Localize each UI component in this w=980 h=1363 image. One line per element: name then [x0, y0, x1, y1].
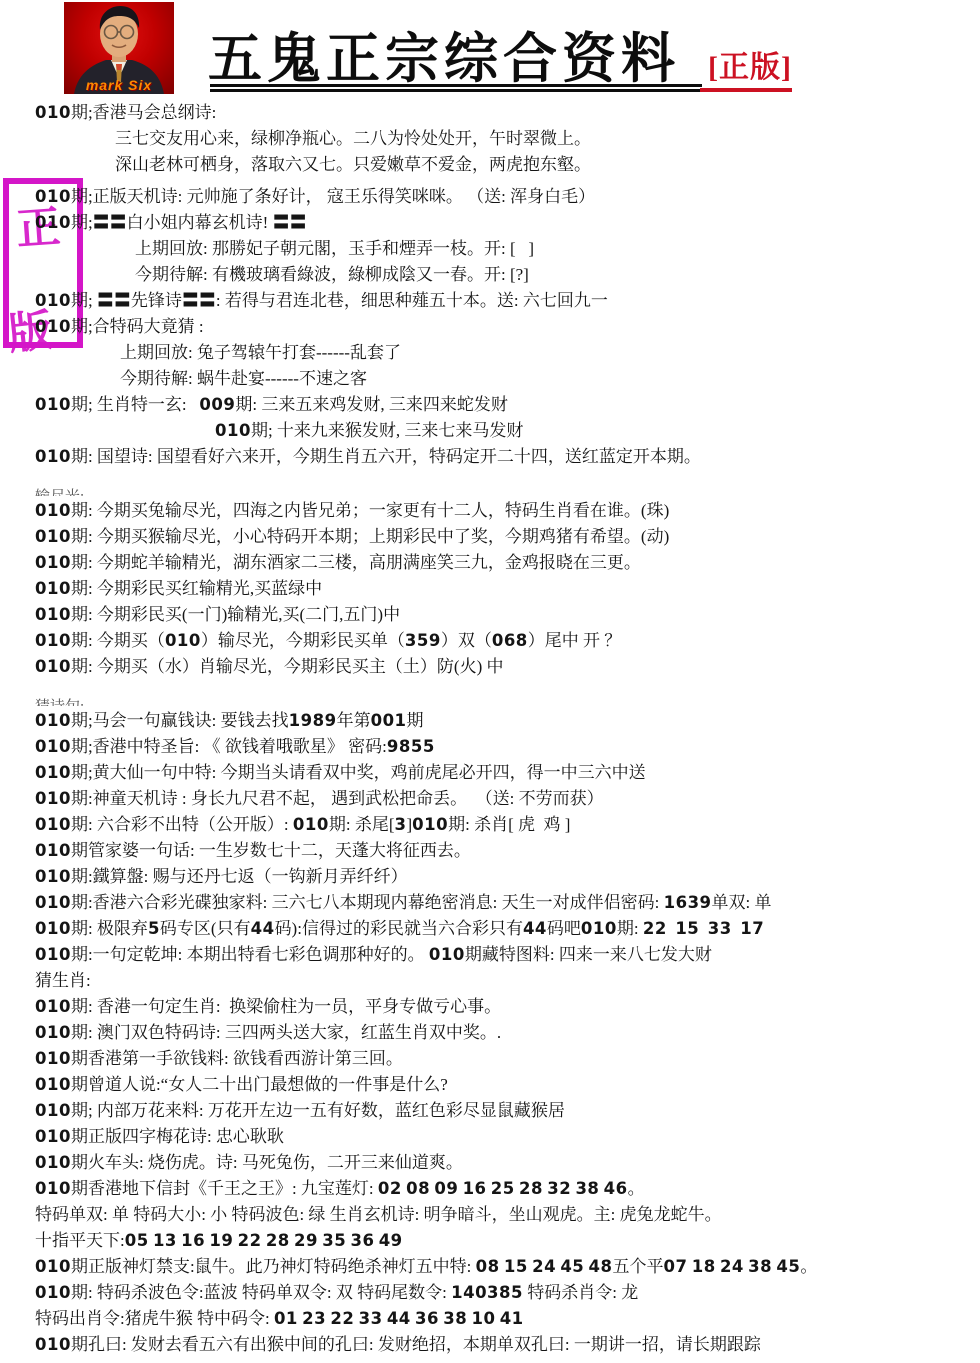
content-line: 010期孔曰: 发财去看五六有出猴中间的孔曰: 发财绝招，本期单双孔曰: 一期讲…: [0, 1332, 980, 1358]
content-line: 010期: 六合彩不出特（公开版）: 010期: 杀尾[3]010期: 杀肖[ …: [0, 812, 980, 838]
number-text: 08: [406, 1179, 430, 1198]
content-line: 010期香港地下信封《千王之王》: 九宝莲灯: 02 08 09 16 25 2…: [0, 1176, 980, 1202]
content-line: 三七交友用心来，绿柳净瓶心。二八为怜处处开，午时翠微上。: [0, 126, 980, 152]
number-text: 22: [238, 1231, 262, 1250]
number-text: 10: [471, 1309, 495, 1328]
number-text: 010: [35, 553, 71, 572]
number-text: 1639: [664, 893, 712, 912]
content-line: 010期曾道人说:“女人二十出门最想做的一件事是什么?: [0, 1072, 980, 1098]
number-text: 010: [35, 291, 71, 310]
number-text: 22: [330, 1309, 354, 1328]
content-line: 010期; 内部万花来料: 万花开左边一五有好数，蓝红色彩尽显鼠藏猴居: [0, 1098, 980, 1124]
photo-caption: mark Six: [64, 77, 174, 93]
content-line: 010期火车头: 烧伤虎。诗: 马死兔伤，二开三来仙道爽。: [0, 1150, 980, 1176]
number-text: 010: [35, 213, 71, 232]
content-line: 010期: 国望诗: 国望看好六来开，今期生肖五六开，特码定开二十四，送红蓝定开…: [0, 444, 980, 470]
number-text: 17: [740, 919, 764, 938]
number-text: 44: [387, 1309, 411, 1328]
content-line: 010期;马会一句赢钱诀: 要钱去找1989年第001期: [0, 708, 980, 734]
content-line: 010期管家婆一句话: 一生岁数七十二，天蓬大将征西去。: [0, 838, 980, 864]
content-line: 输尽光:: [0, 484, 980, 496]
number-text: 359: [405, 631, 441, 650]
content-line: 十指平天下:05 13 16 19 22 28 29 35 36 49: [0, 1228, 980, 1254]
content-line: 010期: 极限弃5码专区(只有44码):信得过的彩民就当六合彩只有44码吧01…: [0, 916, 980, 942]
number-text: 29: [294, 1231, 318, 1250]
content-line: 010期: 今期买猴输尽光，小心特码开本期；上期彩民中了奖，今期鸡猪有希望。(动…: [0, 524, 980, 550]
number-text: 35: [322, 1231, 346, 1250]
number-text: 010: [35, 657, 71, 676]
content-line: 010期; 十来九来猴发财, 三来七来马发财: [0, 418, 980, 444]
number-text: 32: [547, 1179, 571, 1198]
content-line: 猜生肖:: [0, 968, 980, 994]
content-line: 特码单双: 单 特码大小: 小 特码波色: 绿 生肖玄机诗: 明争暗斗，坐山观虎…: [0, 1202, 980, 1228]
number-text: 010: [35, 317, 71, 336]
number-text: 010: [35, 605, 71, 624]
number-text: 9855: [387, 737, 435, 756]
number-text: 5: [148, 919, 160, 938]
number-text: 010: [35, 1101, 71, 1120]
content-line: 010期: 香港一句定生肖: 换梁偷柱为一员，平身专做亏心事。: [0, 994, 980, 1020]
content-line: 010期;香港中特圣旨: 《 欲钱着哦歌星》 密码:9855: [0, 734, 980, 760]
number-text: 010: [35, 867, 71, 886]
number-text: 3: [395, 815, 407, 834]
number-text: 16: [181, 1231, 205, 1250]
number-text: 010: [35, 997, 71, 1016]
number-text: 010: [35, 1075, 71, 1094]
number-text: 009: [199, 395, 235, 414]
content-line: 010期: 今期买（010）输尽光，今期彩民买单（359）双（068）尾中 开 …: [0, 628, 980, 654]
number-text: 010: [35, 893, 71, 912]
content-line: 010期正版神灯禁支:鼠牛。此乃神灯特码绝杀神灯五中特: 08 15 24 45…: [0, 1254, 980, 1280]
number-text: 28: [266, 1231, 290, 1250]
number-text: 09: [434, 1179, 458, 1198]
authentic-badge: [正版]: [708, 42, 792, 86]
number-text: 45: [560, 1257, 584, 1276]
number-text: 010: [35, 841, 71, 860]
number-text: 010: [35, 711, 71, 730]
content-line: 010期: 今期蛇羊输精光，湖东酒家二三楼，高朋满座笑三九，金鸡报晓在三更。: [0, 550, 980, 576]
number-text: 38: [575, 1179, 599, 1198]
number-text: 19: [209, 1231, 233, 1250]
number-text: 001: [371, 711, 407, 730]
number-text: 010: [35, 1127, 71, 1146]
number-text: 18: [692, 1257, 716, 1276]
content-line: 上期回放: 兔子驾辕午打套------乱套了: [0, 340, 980, 366]
number-text: 010: [35, 527, 71, 546]
content-line: 010期;〓〓白小姐内幕玄机诗! 〓〓: [0, 210, 980, 236]
number-text: 068: [492, 631, 528, 650]
number-text: 16: [463, 1179, 487, 1198]
number-text: 010: [581, 919, 617, 938]
content-line: 特码出肖令:猪虎牛猴 特中码令: 01 23 22 33 44 36 38 10…: [0, 1306, 980, 1332]
number-text: 010: [35, 1335, 71, 1354]
content-line: 010期; 〓〓先锋诗〓〓: 若得与君连北巷，细思种薤五十本。送: 六七回九一: [0, 288, 980, 314]
content-line: 010期;合特码大竟猜 :: [0, 314, 980, 340]
number-text: 48: [589, 1257, 613, 1276]
content-line: 010期;黄大仙一句中特: 今期当头请看双中奖，鸡前虎尾必开四，得一中三六中送: [0, 760, 980, 786]
content-line: 010期:神童天机诗 : 身长九尺君不起， 遇到武松把命丢。 （送: 不劳而获）: [0, 786, 980, 812]
page-title: 五鬼正宗综合资料: [208, 16, 728, 93]
number-text: 46: [604, 1179, 628, 1198]
number-text: 36: [350, 1231, 374, 1250]
number-text: 010: [35, 789, 71, 808]
number-text: 010: [35, 1153, 71, 1172]
number-text: 44: [523, 919, 547, 938]
number-text: 33: [359, 1309, 383, 1328]
number-text: 44: [251, 919, 275, 938]
number-text: 010: [35, 631, 71, 650]
number-text: 010: [429, 945, 465, 964]
number-text: 24: [720, 1257, 744, 1276]
number-text: 33: [708, 919, 732, 938]
number-text: 15: [675, 919, 699, 938]
number-text: 010: [35, 447, 71, 466]
number-text: 010: [165, 631, 201, 650]
publisher-photo: mark Six: [64, 2, 174, 94]
number-text: 15: [504, 1257, 528, 1276]
content-line: 猜诗句:: [0, 694, 980, 706]
number-text: 010: [412, 815, 448, 834]
number-text: 010: [35, 1179, 71, 1198]
number-text: 010: [35, 501, 71, 520]
content-line: 010期;正版天机诗: 元帅施了条好计， 寇王乐得笑咪咪。 （送: 浑身白毛）: [0, 184, 980, 210]
number-text: 010: [35, 945, 71, 964]
number-text: 010: [35, 815, 71, 834]
number-text: 010: [35, 1257, 71, 1276]
number-text: 28: [519, 1179, 543, 1198]
number-text: 08: [476, 1257, 500, 1276]
number-text: 25: [491, 1179, 515, 1198]
number-text: 38: [443, 1309, 467, 1328]
number-text: 49: [379, 1231, 403, 1250]
content-line: 深山老林可栖身，落取六又七。只爱嫩草不爱金，两虎抱东壑。: [0, 152, 980, 178]
number-text: 010: [35, 579, 71, 598]
number-text: 36: [415, 1309, 439, 1328]
badge-underline: [700, 88, 792, 92]
number-text: 01: [274, 1309, 298, 1328]
content: 010期;香港马会总纲诗:三七交友用心来，绿柳净瓶心。二八为怜处处开，午时翠微上…: [0, 0, 980, 1358]
number-text: 010: [35, 737, 71, 756]
content-line: 010期:香港六合彩光碟独家料: 三六七八本期现内幕绝密消息: 天生一对成伴侣密…: [0, 890, 980, 916]
number-text: 45: [776, 1257, 800, 1276]
content-line: 010期: 特码杀波色令:蓝波 特码单双令: 双 特码尾数令: 140385 特…: [0, 1280, 980, 1306]
content-line: 010期: 今期彩民买(一门)输精光,买(二门,五门)中: [0, 602, 980, 628]
content-line: 今期待解: 蜗牛赴宴------不速之客: [0, 366, 980, 392]
number-text: 41: [500, 1309, 524, 1328]
number-text: 010: [35, 395, 71, 414]
number-text: 07: [664, 1257, 688, 1276]
content-line: 010期:鐵算盤: 赐与还丹七返（一钩新月弄纤纤）: [0, 864, 980, 890]
content-line: 010期;香港马会总纲诗:: [0, 100, 980, 126]
content-line: 010期:一句定乾坤: 本期出特看七彩色调那种好的。 010期藏特图料: 四来一…: [0, 942, 980, 968]
number-text: 010: [293, 815, 329, 834]
title-underline: [210, 84, 702, 93]
content-line: 010期: 今期买（水）肖输尽光，今期彩民买主（土）防(火) 中: [0, 654, 980, 680]
number-text: 010: [35, 103, 71, 122]
number-text: 05: [125, 1231, 149, 1250]
content-line: 010期香港第一手欲钱料: 欲钱看西游计第三回。: [0, 1046, 980, 1072]
number-text: 38: [748, 1257, 772, 1276]
number-text: 010: [215, 421, 251, 440]
number-text: 24: [532, 1257, 556, 1276]
number-text: 140385: [451, 1283, 523, 1302]
number-text: 010: [35, 763, 71, 782]
number-text: 010: [35, 919, 71, 938]
page-header: mark Six 五鬼正宗综合资料 [正版]: [0, 0, 980, 100]
number-text: 22: [643, 919, 667, 938]
number-text: 010: [35, 187, 71, 206]
content-line: 010期: 今期买兔输尽光，四海之内皆兄弟；一家更有十二人，特码生肖看在谁。(珠…: [0, 498, 980, 524]
content-line: 010期: 今期彩民买红输精光,买蓝绿中: [0, 576, 980, 602]
content-line: 010期; 生肖特一玄: 009期: 三来五来鸡发财, 三来四来蛇发财: [0, 392, 980, 418]
number-text: 23: [302, 1309, 326, 1328]
number-text: 010: [35, 1023, 71, 1042]
content-line: 今期待解: 有機玻璃看綠波，綠柳成陰又一春。开: [?]: [0, 262, 980, 288]
content-line: 010期: 澳门双色特码诗: 三四两头送大家，红蓝生肖双中奖。.: [0, 1020, 980, 1046]
number-text: 02: [378, 1179, 402, 1198]
number-text: 13: [153, 1231, 177, 1250]
content-line: 010期正版四字梅花诗: 忠心耿耿: [0, 1124, 980, 1150]
content-line: 上期回放: 那勝妃子朝元閣，玉手和煙弄一枝。开: [ ]: [0, 236, 980, 262]
number-text: 010: [35, 1283, 71, 1302]
number-text: 010: [35, 1049, 71, 1068]
number-text: 1989: [289, 711, 337, 730]
